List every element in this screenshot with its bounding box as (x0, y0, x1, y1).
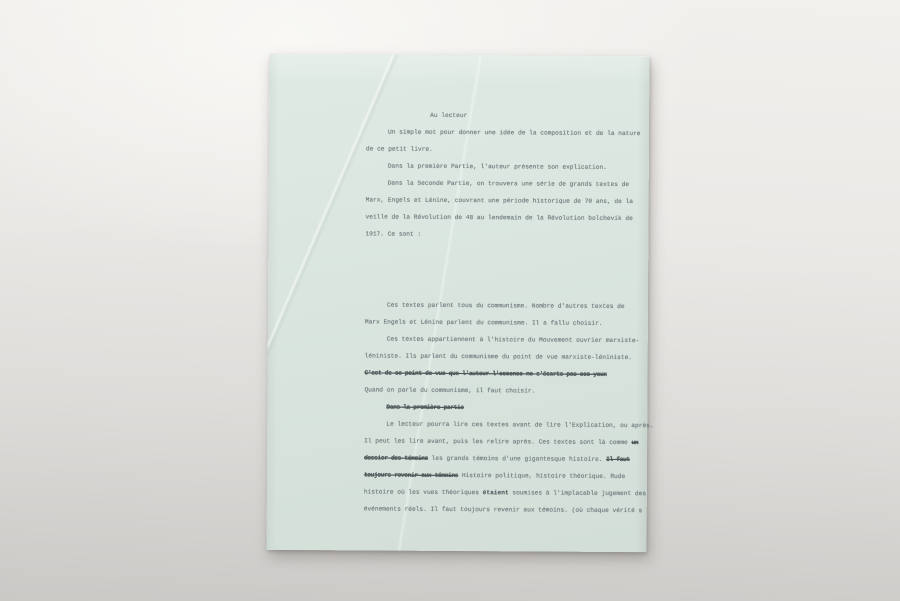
document-body: Un simple mot pour donner une idée de la… (364, 123, 643, 519)
typed-text: événements réels. Il faut toujours reven… (364, 505, 643, 514)
typed-text-block: Au lecteur Un simple mot pour donner une… (364, 106, 644, 519)
typed-line: histoire où les vues théoriques étaient … (364, 483, 641, 502)
typed-line: Il peut les lire avant, puis les relire … (364, 432, 641, 451)
typed-text: de ce petit livre. (366, 145, 433, 152)
typed-line: Ces textes appartiennent à l'histoire du… (365, 330, 642, 349)
typed-text: Dans la Seconde Partie, on trouvera une … (388, 180, 629, 188)
typed-line: veille de la Révolution de 48 au lendema… (365, 208, 642, 227)
typed-line: événements réels. Il faut toujours reven… (364, 500, 641, 519)
typed-text: Il peut les lire avant, puis les relire … (364, 437, 631, 446)
struck-text: un (631, 439, 638, 446)
typed-text: les grands témoins d'une gigantesque his… (428, 455, 606, 463)
struck-text: Dans la première partie (386, 404, 463, 411)
document-page: Au lecteur Un simple mot pour donner une… (266, 54, 649, 552)
typed-text: Le lecteur pourra lire ces textes avant … (386, 421, 653, 430)
typed-line: Dans la première partie (364, 398, 641, 417)
typed-line: léniniste. Ils parlent du communisme du … (365, 347, 642, 366)
typed-line: Dans la Seconde Partie, on trouvera une … (366, 174, 643, 193)
typed-text: Histoire politique, histoire théorique. … (458, 472, 625, 480)
blank-space (365, 242, 642, 298)
typed-line: 1917. Ce sont : (365, 225, 642, 244)
struck-text: toujours revenir aux témoins (364, 471, 458, 479)
typed-line: Quand on parle du communisme, il faut ch… (364, 381, 641, 400)
typed-line: Marx Engels et Lénine parlent du communi… (365, 313, 642, 332)
typed-line: Marx, Engels et Lénine, couvrant une pér… (366, 191, 643, 210)
typed-text: Un simple mot pour donner une idée de la… (388, 129, 641, 138)
struck-text: C'est de ce point de vue que l'auteur l'… (365, 369, 607, 377)
typed-line: de ce petit livre. (366, 140, 643, 159)
struck-text: Il faut (606, 456, 630, 463)
typed-text: histoire où les vues théoriques (364, 488, 483, 496)
typed-text: Marx, Engels et Lénine, couvrant une pér… (366, 196, 633, 205)
typed-text: Ces textes appartiennent à l'histoire du… (387, 336, 640, 345)
typed-text: étaient (483, 489, 509, 496)
typed-text: léniniste. Ils parlent du communisme du … (365, 352, 632, 361)
typed-line: dossier des témoins les grands témoins d… (364, 449, 641, 468)
typed-line: toujours revenir aux témoins Histoire po… (364, 466, 641, 485)
typed-line: Un simple mot pour donner une idée de la… (366, 123, 643, 142)
typed-text: Marx Engels et Lénine parlent du communi… (365, 318, 603, 326)
struck-text: dossier des témoins (364, 454, 428, 461)
typed-line: Dans la première Partie, l'auteur présen… (366, 157, 643, 176)
document-title: Au lecteur (430, 107, 643, 125)
typed-text: Dans la première Partie, l'auteur présen… (388, 163, 607, 171)
typed-line: Ces textes parlent tous du communisme. N… (365, 296, 642, 315)
typed-line: C'est de ce point de vue que l'auteur l'… (365, 364, 642, 383)
typed-line: Le lecteur pourra lire ces textes avant … (364, 415, 641, 434)
typed-text: Quand on parle du communisme, il faut ch… (364, 386, 535, 394)
typed-text: soumises à l'implacable jugement des (509, 489, 646, 497)
typed-text: Ces textes parlent tous du communisme. N… (387, 302, 625, 310)
photo-background: Au lecteur Un simple mot pour donner une… (0, 0, 900, 601)
typed-text: 1917. Ce sont : (365, 230, 421, 237)
typed-text: veille de la Révolution de 48 au lendema… (366, 213, 633, 222)
